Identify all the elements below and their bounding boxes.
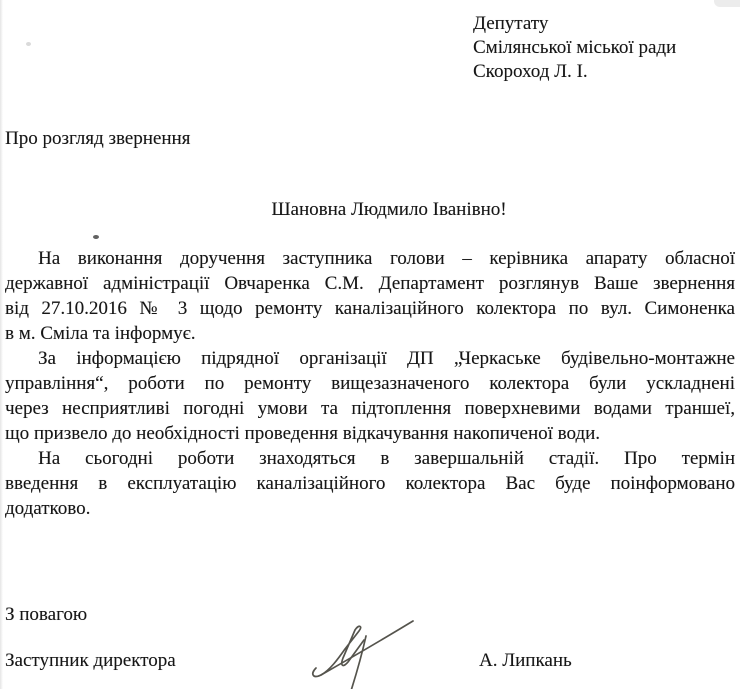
scan-speckle	[26, 42, 31, 46]
closing-line: З повагою	[5, 604, 87, 626]
body-line: державної адміністрації Овчаренка С.М. Д…	[5, 271, 735, 296]
recipient-line-3: Скороход Л. І.	[473, 60, 676, 84]
recipient-block: Депутату Смілянської міської ради Скорох…	[473, 12, 676, 84]
recipient-line-2: Смілянської міської ради	[473, 36, 676, 60]
body-line: через несприятливі погодні умови та підт…	[5, 396, 735, 421]
handwritten-signature-icon	[300, 610, 440, 689]
body-line: що призвело до необхідності проведення в…	[5, 421, 735, 446]
recipient-line-1: Депутату	[473, 12, 676, 36]
body-line: За інформацією підрядної організації ДП …	[5, 346, 735, 371]
body-line: в м. Сміла та інформує.	[5, 321, 735, 346]
letter-body: На виконання доручення заступника голови…	[5, 246, 735, 521]
scan-smudge	[714, 0, 740, 7]
scan-speckle	[93, 235, 99, 239]
salutation: Шановна Людмило Іванівно!	[5, 199, 735, 221]
signoff-name: А. Липкань	[479, 650, 572, 672]
signoff-position: Заступник директора	[5, 650, 176, 672]
scanned-letter-page: Депутату Смілянської міської ради Скорох…	[0, 0, 740, 689]
body-line: На виконання доручення заступника голови…	[5, 246, 735, 271]
body-line: На сьогодні роботи знаходяться в заверша…	[5, 446, 735, 471]
subject-line: Про розгляд звернення	[5, 128, 190, 150]
body-line: від 27.10.2016 № 3 щодо ремонту каналіза…	[5, 296, 735, 321]
body-line: введення в експлуатацію каналізаційного …	[5, 471, 735, 496]
body-line: додатково.	[5, 496, 735, 521]
body-line: управління“, роботи по ремонту вищезазна…	[5, 371, 735, 396]
